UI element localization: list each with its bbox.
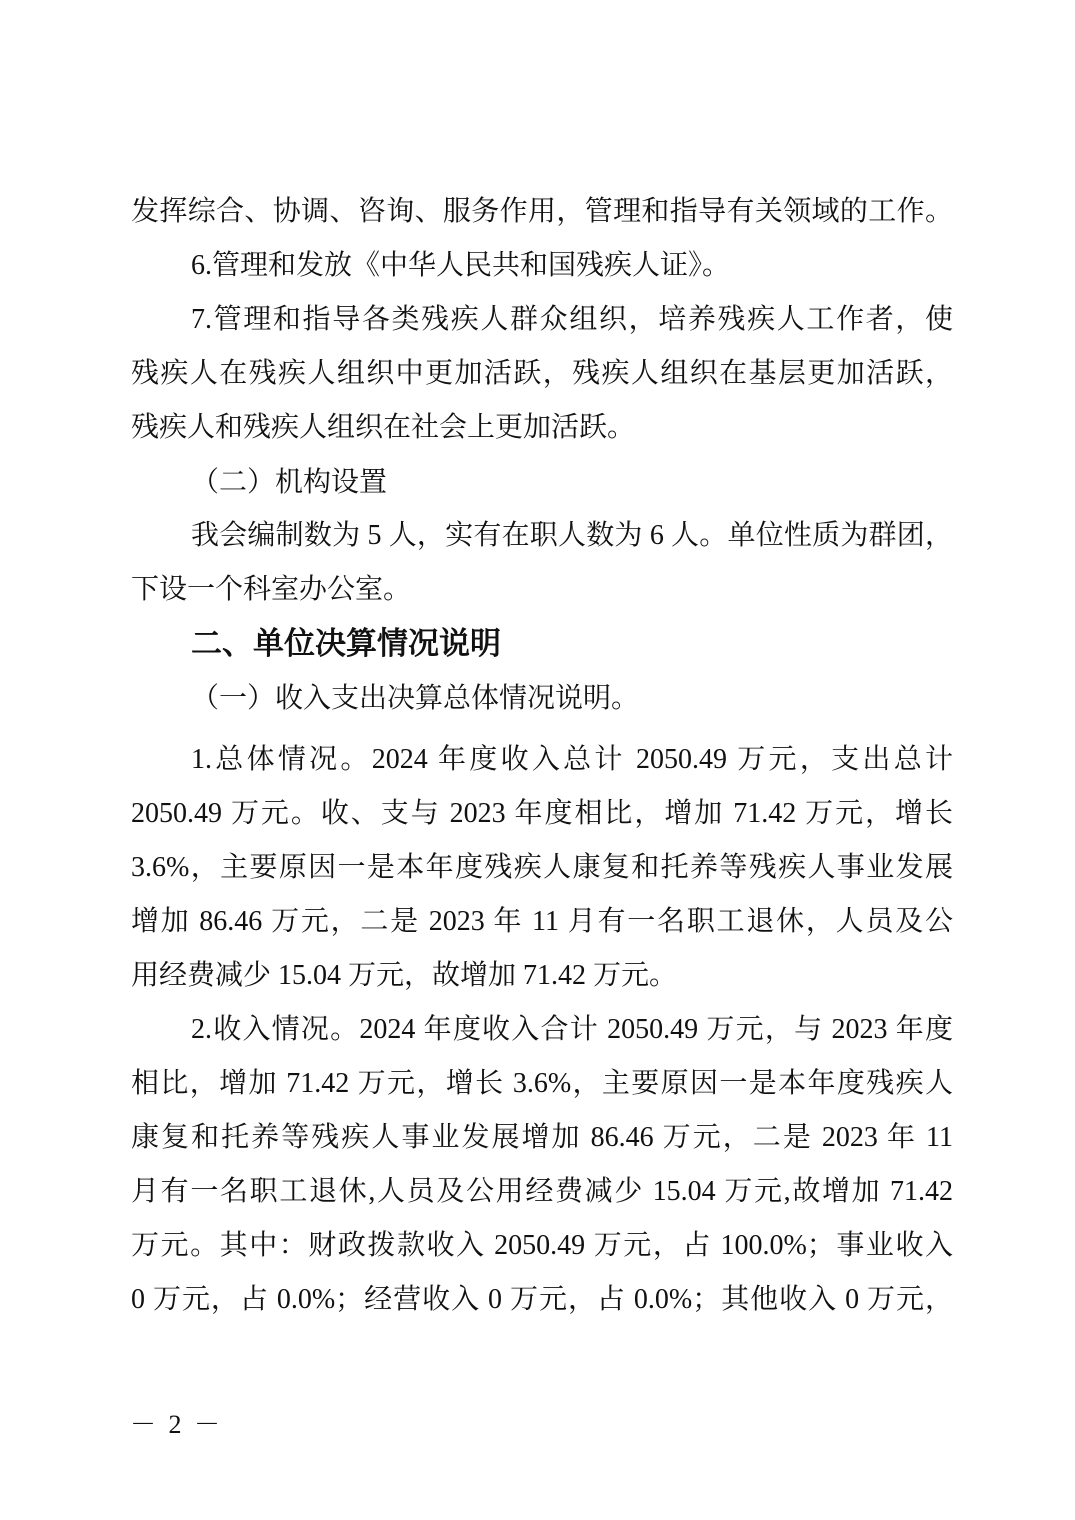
- text-line: 万元。其中：财政拨款收入 2050.49 万元，占 100.0%；事业收入: [131, 1219, 953, 1273]
- document-page: 发挥综合、协调、咨询、服务作用，管理和指导有关领域的工作。6.管理和发放《中华人…: [0, 0, 1075, 1520]
- text-line: 3.6%，主要原因一是本年度残疾人康复和托养等残疾人事业发展: [131, 841, 953, 895]
- text-line: 残疾人在残疾人组织中更加活跃，残疾人组织在基层更加活跃，: [131, 347, 953, 401]
- text-line: 发挥综合、协调、咨询、服务作用，管理和指导有关领域的工作。: [131, 185, 953, 239]
- text-line: 我会编制数为 5 人，实有在职人数为 6 人。单位性质为群团，: [131, 509, 953, 563]
- text-line: 下设一个科室办公室。: [131, 563, 953, 617]
- text-line: 2.收入情况。2024 年度收入合计 2050.49 万元，与 2023 年度: [131, 1003, 953, 1057]
- page-number: － 2 －: [130, 1410, 223, 1440]
- subsection-heading: （二）机构设置: [131, 455, 953, 509]
- text-line: 相比，增加 71.42 万元，增长 3.6%，主要原因一是本年度残疾人: [131, 1057, 953, 1111]
- text-line: 残疾人和残疾人组织在社会上更加活跃。: [131, 401, 953, 455]
- text-line: 康复和托养等残疾人事业发展增加 86.46 万元，二是 2023 年 11: [131, 1111, 953, 1165]
- text-line: 6.管理和发放《中华人民共和国残疾人证》。: [131, 239, 953, 293]
- text-line: 用经费减少 15.04 万元，故增加 71.42 万元。: [131, 949, 953, 1003]
- text-line: 7.管理和指导各类残疾人群众组织，培养残疾人工作者，使: [131, 293, 953, 347]
- text-line: 0 万元，占 0.0%；经营收入 0 万元，占 0.0%；其他收入 0 万元，: [131, 1273, 953, 1327]
- document-body: 发挥综合、协调、咨询、服务作用，管理和指导有关领域的工作。6.管理和发放《中华人…: [131, 185, 953, 1327]
- subsection-heading: （一）收入支出决算总体情况说明。: [131, 671, 953, 725]
- text-line: 1.总体情况。2024 年度收入总计 2050.49 万元，支出总计: [131, 733, 953, 787]
- text-line: 增加 86.46 万元，二是 2023 年 11 月有一名职工退休，人员及公: [131, 895, 953, 949]
- section-heading: 二、单位决算情况说明: [131, 617, 953, 671]
- text-line: 月有一名职工退休,人员及公用经费减少 15.04 万元,故增加 71.42: [131, 1165, 953, 1219]
- text-line: 2050.49 万元。收、支与 2023 年度相比，增加 71.42 万元，增长: [131, 787, 953, 841]
